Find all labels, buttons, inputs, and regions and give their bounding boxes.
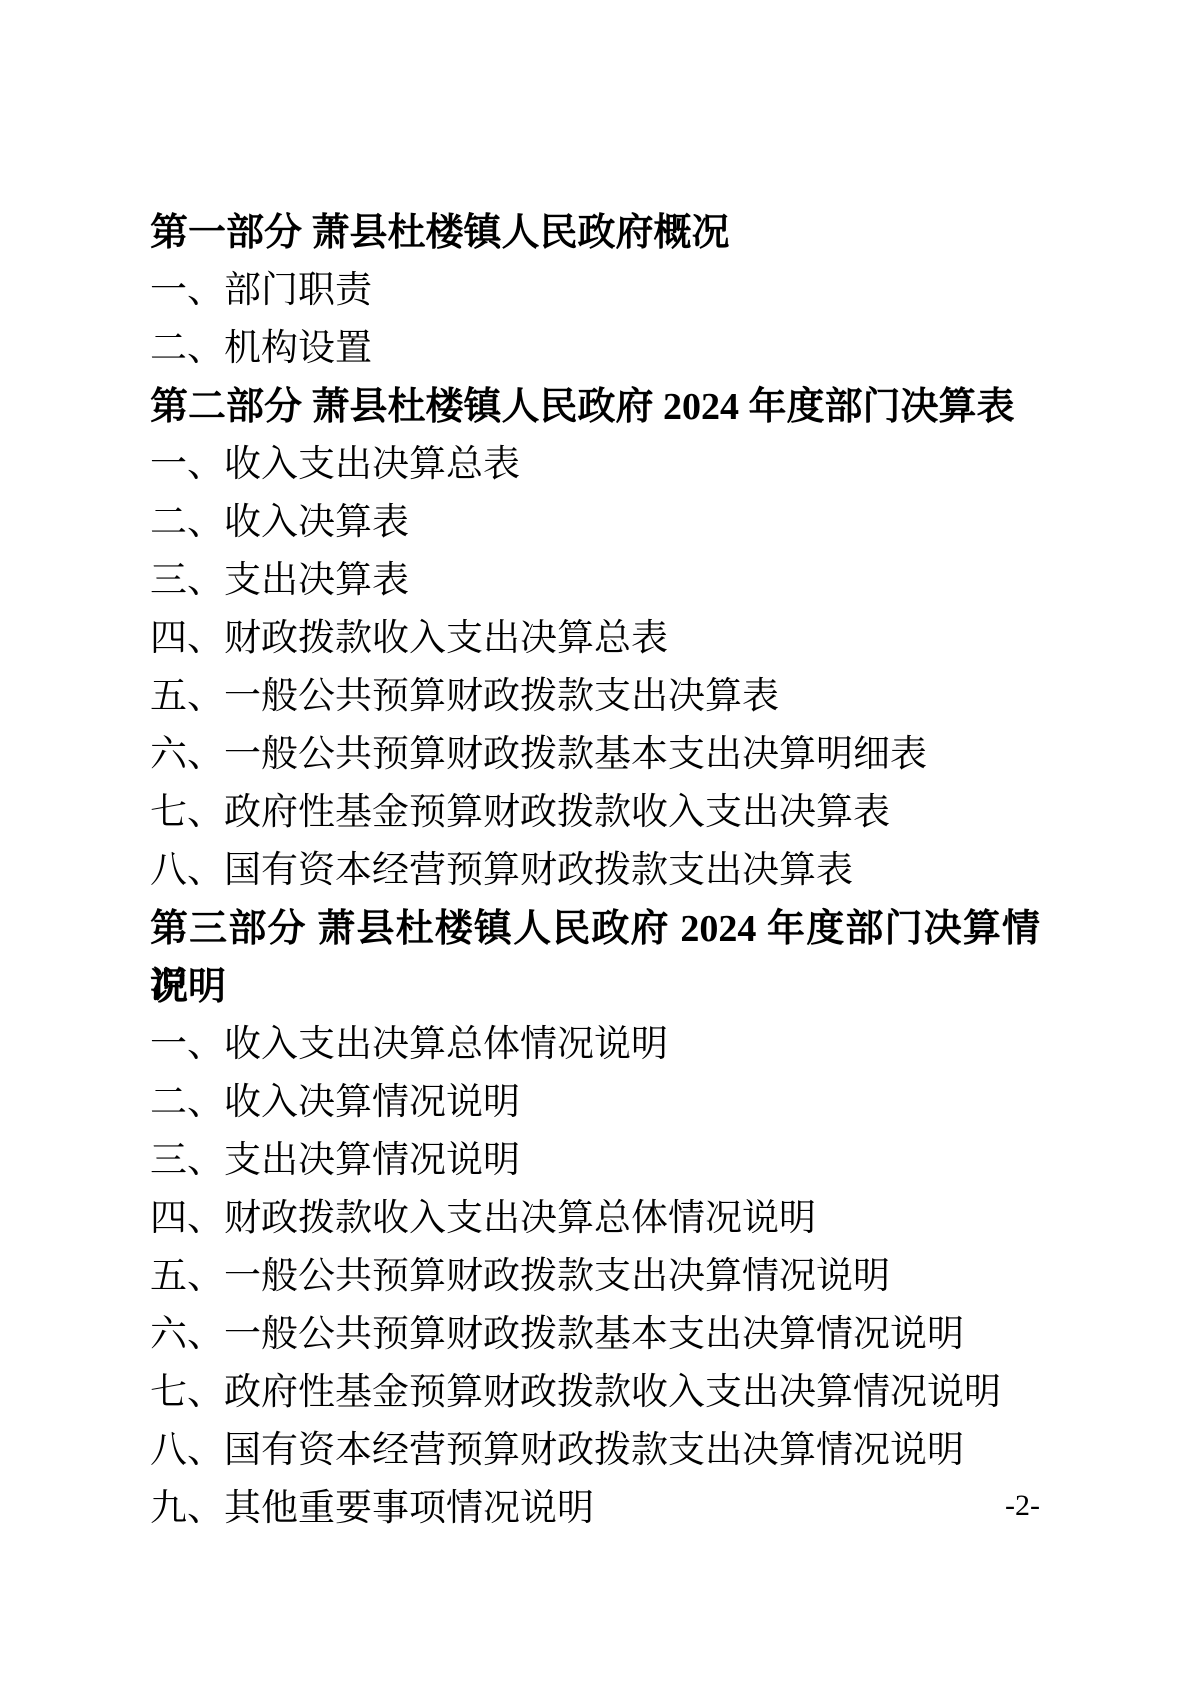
table-of-contents: 第一部分 萧县杜楼镇人民政府概况一、部门职责二、机构设置第二部分 萧县杜楼镇人民… (150, 204, 1040, 1538)
toc-item: 二、机构设置 (150, 320, 1040, 378)
toc-item: 二、收入决算表 (150, 494, 1040, 552)
toc-section-heading: 第三部分 萧县杜楼镇人民政府 2024 年度部门决算情况 (150, 900, 1040, 958)
toc-item: 一、部门职责 (150, 262, 1040, 320)
toc-item: 六、一般公共预算财政拨款基本支出决算明细表 (150, 726, 1040, 784)
toc-item: 一、收入支出决算总表 (150, 436, 1040, 494)
toc-section-heading: 说明 (150, 958, 1040, 1016)
toc-item: 八、国有资本经营预算财政拨款支出决算情况说明 (150, 1422, 1040, 1480)
toc-item: 三、支出决算情况说明 (150, 1132, 1040, 1190)
toc-item: 九、其他重要事项情况说明 (150, 1480, 1040, 1538)
toc-item: 七、政府性基金预算财政拨款收入支出决算情况说明 (150, 1364, 1040, 1422)
toc-item: 五、一般公共预算财政拨款支出决算情况说明 (150, 1248, 1040, 1306)
toc-item: 四、财政拨款收入支出决算总表 (150, 610, 1040, 668)
toc-item: 一、收入支出决算总体情况说明 (150, 1016, 1040, 1074)
toc-item: 八、国有资本经营预算财政拨款支出决算表 (150, 842, 1040, 900)
toc-item: 三、支出决算表 (150, 552, 1040, 610)
toc-section-heading: 第二部分 萧县杜楼镇人民政府 2024 年度部门决算表 (150, 378, 1040, 436)
toc-item: 五、一般公共预算财政拨款支出决算表 (150, 668, 1040, 726)
toc-item: 二、收入决算情况说明 (150, 1074, 1040, 1132)
page-number: -2- (1005, 1490, 1040, 1522)
toc-item: 七、政府性基金预算财政拨款收入支出决算表 (150, 784, 1040, 842)
toc-item: 四、财政拨款收入支出决算总体情况说明 (150, 1190, 1040, 1248)
document-page: 第一部分 萧县杜楼镇人民政府概况一、部门职责二、机构设置第二部分 萧县杜楼镇人民… (0, 0, 1190, 1683)
toc-section-heading: 第一部分 萧县杜楼镇人民政府概况 (150, 204, 1040, 262)
toc-item: 六、一般公共预算财政拨款基本支出决算情况说明 (150, 1306, 1040, 1364)
